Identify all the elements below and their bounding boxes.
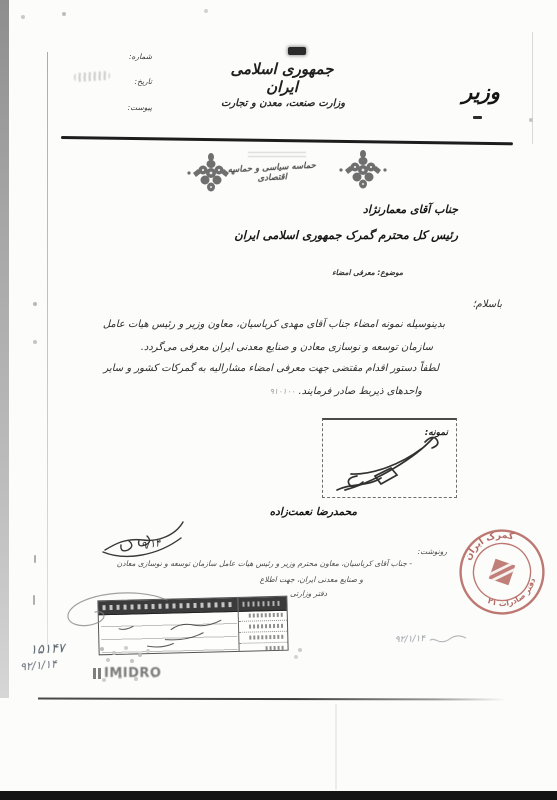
faint-note-scrawl-icon <box>428 631 468 644</box>
imidro-logo-stamp: IMIDRO <box>93 663 193 683</box>
pencil-scrawl-icon <box>55 588 175 638</box>
page-fold-line <box>47 52 48 644</box>
cc-label: رونوشت: <box>418 547 447 556</box>
routing-row <box>239 643 287 654</box>
handwritten-registration-date: ۹۲/۱/۱۴ <box>20 657 58 673</box>
signer-signature-icon: ۹/۱۴ <box>95 514 190 560</box>
customs-stamp-icon: گمرک ایران دفتر صادرات ۲۱ <box>456 526 548 618</box>
scan-noise-specks <box>0 0 2 2</box>
scan-edge-strip <box>0 0 9 698</box>
imidro-logo-text: IMIDRO <box>104 666 161 681</box>
body-line-4: واحدهای ذیربط صادر فرمایند. ۹۱۰۱۰۰ <box>270 386 422 397</box>
header-rule <box>61 136 513 145</box>
scan-bottom-bar <box>0 791 557 800</box>
cachet-faint-lines <box>248 149 306 157</box>
letterhead-ministry: وزارت صنعت، معدن و تجارت <box>203 98 363 109</box>
minister-title: وزیر <box>450 80 512 104</box>
subject-line: موضوع: معرفی امضاء <box>332 268 403 277</box>
illegible-header-cell <box>242 601 280 607</box>
faint-registry-note: ۹۲/۱/۱۴ <box>358 631 468 647</box>
sample-signature-box: نمونه: <box>322 418 457 498</box>
allah-emblem-icon <box>288 47 306 55</box>
recipient-name: جناب آقای معمارنژاد <box>363 203 458 216</box>
body-line-1: بدینوسیله نمونه امضاء جناب آقای مهدی کرب… <box>103 319 445 330</box>
imidro-logo-icon <box>93 668 102 679</box>
scanned-letter-page: جمهوری اسلامی ایران وزارت صنعت، معدن و ت… <box>0 0 557 800</box>
cachet-ornament-right-icon <box>338 147 388 193</box>
margin-mark <box>33 595 35 605</box>
cc-item-1: - جناب آقای کرباسیان، معاون محترم وزیر و… <box>117 559 412 568</box>
recipient-title: رئیس کل محترم گمرک جمهوری اسلامی ایران <box>234 228 458 242</box>
stamp-speckles <box>95 645 97 647</box>
minister-title-dots <box>473 116 482 119</box>
cc-item-2: و صنایع معدنی ایران، جهت اطلاع <box>260 575 363 584</box>
sample-signature-icon <box>325 428 450 494</box>
letterhead-country: جمهوری اسلامی ایران <box>222 60 342 96</box>
body-line-2: سازمان توسعه و نوسازی معادن و صنایع معدن… <box>141 342 433 353</box>
body-salutation: باسلام؛ <box>472 299 502 310</box>
handwritten-registration-number: ۱۵۱۴۷ <box>30 641 66 658</box>
number-field-label: شماره: <box>92 52 152 61</box>
customs-stamp-diamond <box>482 552 521 591</box>
faint-note-date: ۹۲/۱/۱۴ <box>395 634 426 645</box>
body-line-3: لطفاً دستور اقدام مقتضی جهت معرفی امضاء … <box>103 363 439 374</box>
scan-streak <box>335 704 337 790</box>
faint-reference-number: ۹۱۰۱۰۰ <box>270 387 296 396</box>
right-margin-line <box>532 32 533 144</box>
signer-name: محمدرضا نعمت‌زاده <box>270 506 357 518</box>
margin-mark <box>34 555 36 563</box>
page-bottom-rule <box>38 698 506 701</box>
cc-item-3: دفتر وزارتی <box>290 589 327 598</box>
header-divider <box>237 598 238 611</box>
routing-table-label-column <box>238 610 288 651</box>
cachet-slogan-text: حماسه سیاسی و حماسه اقتصادی <box>222 160 323 185</box>
attachment-field-label: پیوست: <box>92 103 152 112</box>
body-line-4-text: واحدهای ذیربط صادر فرمایند. <box>298 386 422 397</box>
